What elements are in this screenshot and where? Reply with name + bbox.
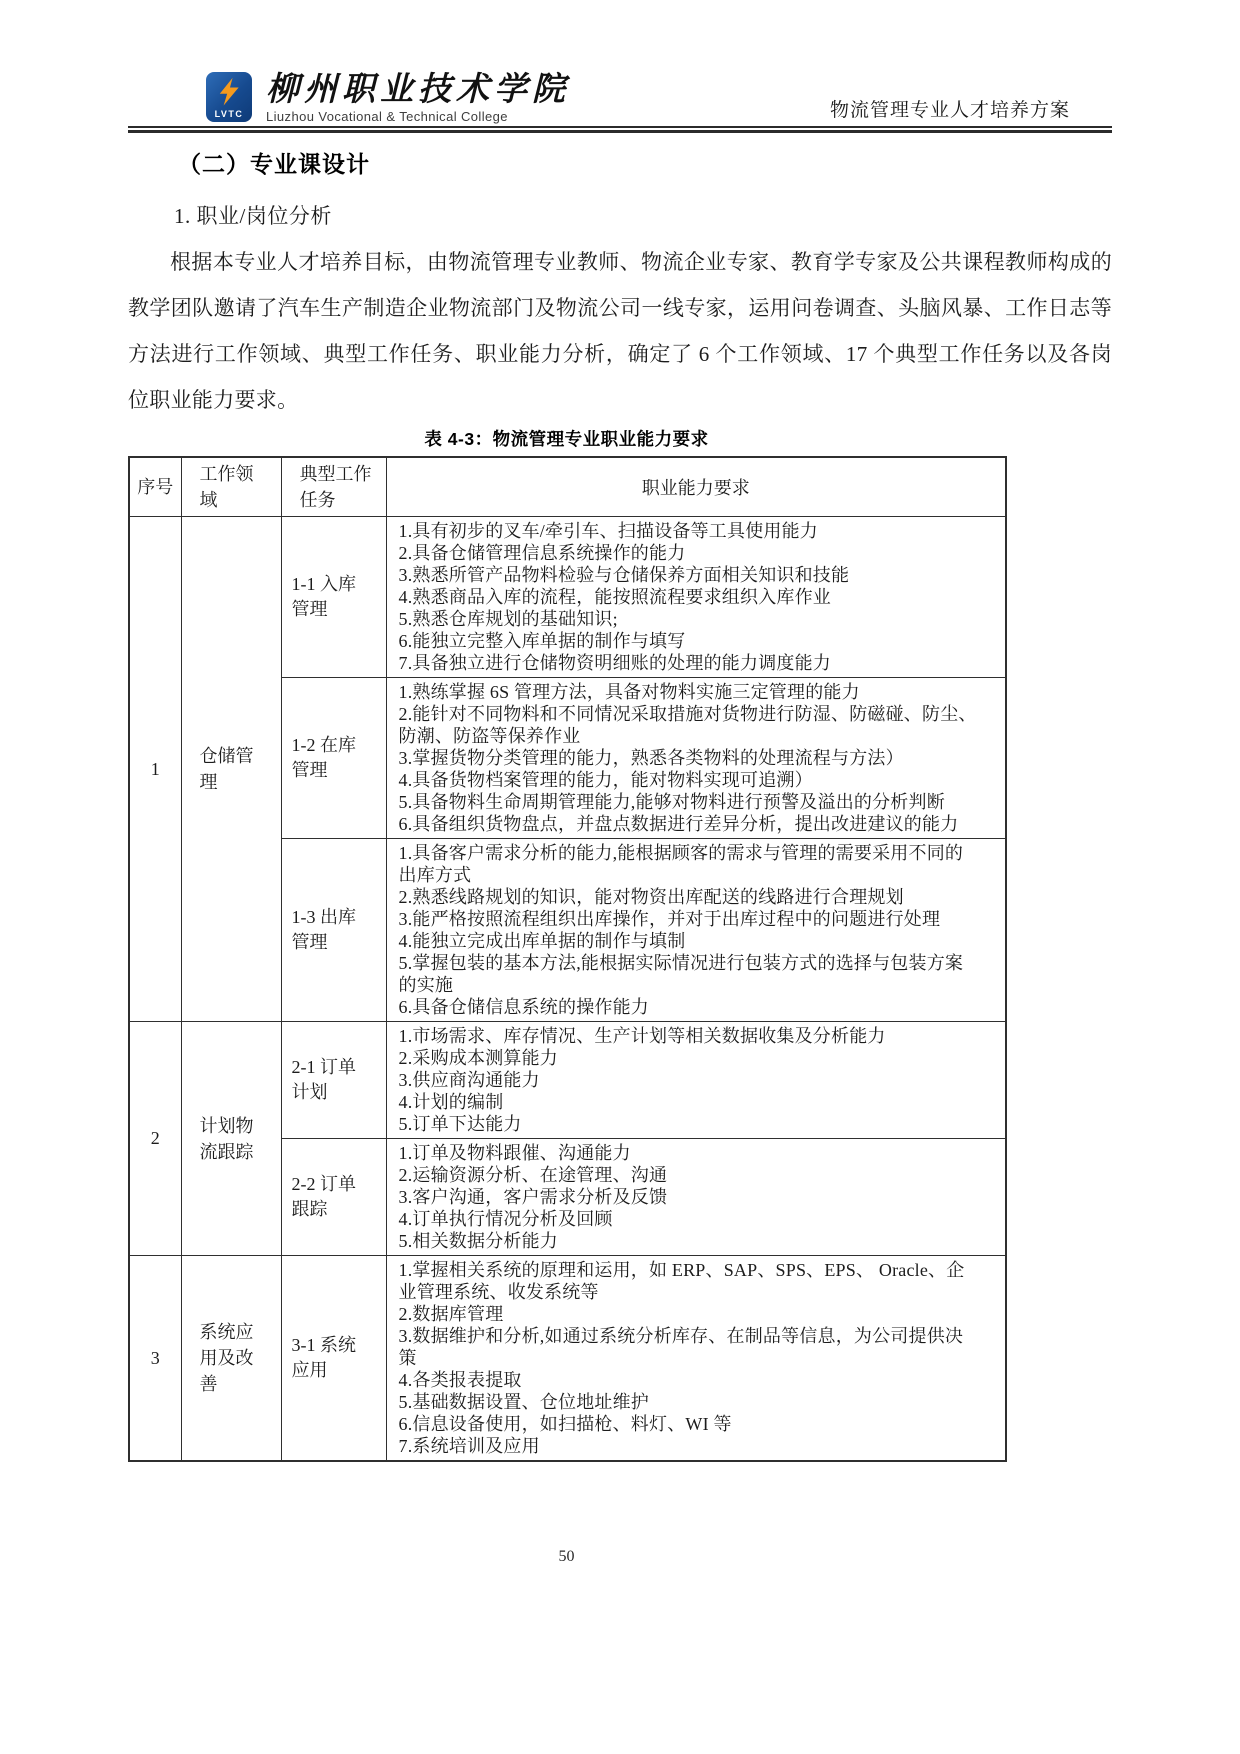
page-header: LVTC 柳州职业技术学院 Liuzhou Vocational & Techn… <box>128 0 1112 124</box>
table-row: 3 系统应用及改善 3-1 系统应用 1.掌握相关系统的原理和运用，如 ERP、… <box>129 1256 1006 1462</box>
group-no: 1 <box>129 517 181 1022</box>
group-no: 2 <box>129 1022 181 1256</box>
task-label: 1-2 在库管理 <box>281 678 386 839</box>
header-rule-thin <box>128 126 1112 128</box>
college-name-en: Liuzhou Vocational & Technical College <box>266 109 570 124</box>
section-heading: （二）专业课设计 <box>178 146 1112 179</box>
intro-paragraph: 根据本专业人才培养目标，由物流管理专业教师、物流企业专家、教育学专家及公共课程教… <box>128 239 1112 423</box>
table-caption: 表 4-3：物流管理专业职业能力要求 <box>128 426 1005 451</box>
table-header-row: 序号 工作领域 典型工作任务 职业能力要求 <box>129 457 1006 517</box>
college-logo-badge: LVTC <box>206 72 252 122</box>
task-label: 3-1 系统应用 <box>281 1256 386 1462</box>
group-area: 系统应用及改善 <box>181 1256 281 1462</box>
task-label: 2-2 订单跟踪 <box>281 1139 386 1256</box>
col-header-no: 序号 <box>129 457 181 517</box>
group-no: 3 <box>129 1256 181 1462</box>
task-requirements: 1.具备客户需求分析的能力,能根据顾客的需求与管理的需要采用不同的出库方式 2.… <box>386 839 1006 1022</box>
task-requirements: 1.订单及物料跟催、沟通能力 2.运输资源分析、在途管理、沟通 3.客户沟通，客… <box>386 1139 1006 1256</box>
table-row: 2 计划物流跟踪 2-1 订单计划 1.市场需求、库存情况、生产计划等相关数据收… <box>129 1022 1006 1139</box>
task-requirements: 1.具有初步的叉车/牵引车、扫描设备等工具使用能力 2.具备仓储管理信息系统操作… <box>386 517 1006 678</box>
college-name-cn: 柳州职业技术学院 <box>266 72 570 108</box>
task-requirements: 1.市场需求、库存情况、生产计划等相关数据收集及分析能力 2.采购成本测算能力 … <box>386 1022 1006 1139</box>
task-requirements: 1.掌握相关系统的原理和运用，如 ERP、SAP、SPS、EPS、 Oracle… <box>386 1256 1006 1462</box>
col-header-task: 典型工作任务 <box>281 457 386 517</box>
group-area: 仓储管理 <box>181 517 281 1022</box>
college-logo: LVTC 柳州职业技术学院 Liuzhou Vocational & Techn… <box>206 72 570 124</box>
task-label: 1-1 入库管理 <box>281 517 386 678</box>
sub-heading: 1. 职业/岗位分析 <box>174 200 1112 230</box>
header-document-title: 物流管理专业人才培养方案 <box>830 95 1070 124</box>
task-requirements: 1.熟练掌握 6S 管理方法，具备对物料实施三定管理的能力 2.能针对不同物料和… <box>386 678 1006 839</box>
college-names: 柳州职业技术学院 Liuzhou Vocational & Technical … <box>266 72 570 124</box>
task-label: 2-1 订单计划 <box>281 1022 386 1139</box>
col-header-req: 职业能力要求 <box>386 457 1006 517</box>
competency-table: 序号 工作领域 典型工作任务 职业能力要求 1 仓储管理 1-1 入库管理 1.… <box>128 456 1007 1462</box>
table-row: 1 仓储管理 1-1 入库管理 1.具有初步的叉车/牵引车、扫描设备等工具使用能… <box>129 517 1006 678</box>
header-rule-thick <box>128 130 1112 133</box>
task-label: 1-3 出库管理 <box>281 839 386 1022</box>
document-page: LVTC 柳州职业技术学院 Liuzhou Vocational & Techn… <box>0 0 1240 1754</box>
lightning-icon <box>212 75 246 109</box>
page-number: 50 <box>128 1548 1005 1566</box>
group-area: 计划物流跟踪 <box>181 1022 281 1256</box>
college-abbr: LVTC <box>215 109 244 119</box>
col-header-area: 工作领域 <box>181 457 281 517</box>
